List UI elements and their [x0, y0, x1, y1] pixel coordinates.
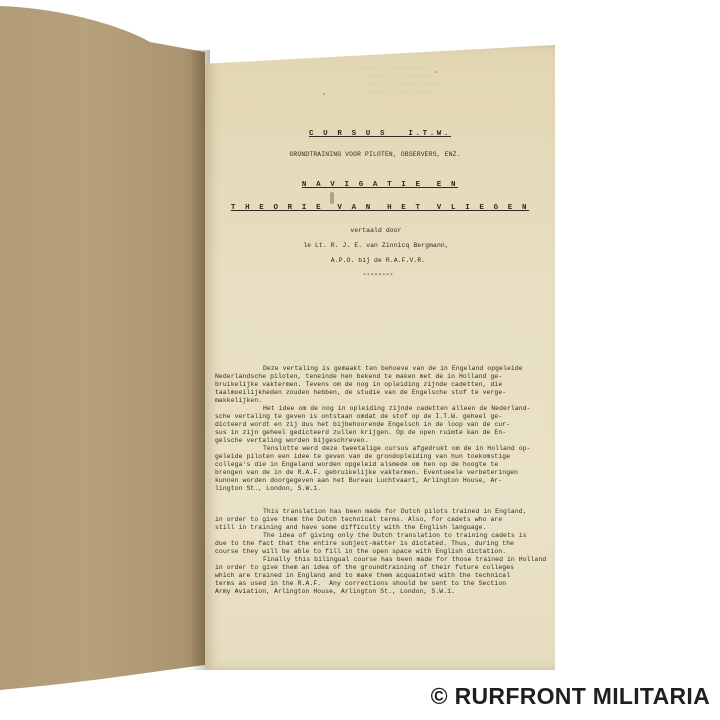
course-subtitle: GRONDTRAINING VOOR PILOTEN, OBSERVERS, E… [195, 151, 555, 159]
text-line: Tenslotte werd deze tweetalige cursus af… [215, 445, 550, 453]
section-title-line-2: T H E O R I E V A N H E T V L I E G E N [205, 204, 555, 212]
text-line: which are trained in England and to make… [215, 572, 550, 580]
document-page: ──────── ────────── ────── ─── ─────────… [205, 45, 555, 670]
text-line: kunnen worden doorgegeven aan het Bureau… [215, 477, 550, 485]
copyright-watermark: © RURFRONT MILITARIA [431, 683, 710, 710]
separator-line: -------- [201, 271, 555, 279]
translator-rank: A.P.O. bij de R.A.F.V.R. [201, 257, 555, 265]
text-line: geleide piloten een idee te geven van de… [215, 453, 550, 461]
text-line: The idea of giving only the Dutch transl… [215, 532, 550, 540]
text-line: collega's die in Engeland worden opgelei… [215, 461, 550, 469]
ink-stain [330, 192, 334, 204]
text-line: brengen van de in de R.A.F. gebruikelijk… [215, 469, 550, 477]
text-line: makkelijken. [215, 397, 550, 405]
bleed-through-text: ──────── ────────── ────── ─── ─────────… [355, 65, 441, 95]
text-line: in order to give them an idea of the gro… [215, 564, 550, 572]
text-line: sus in zijn geheel gedicteerd zullen kri… [215, 429, 550, 437]
translator-name: le Lt. R. J. E. van Zinnicq Bergmann, [197, 242, 555, 250]
text-line: Het idee om de nog in opleiding zijnde c… [215, 405, 550, 413]
text-line: bruikelijke vaktermen. Tevens om de nog … [215, 381, 550, 389]
section-title-line-1: N A V I G A T I E E N [205, 181, 555, 189]
text-line: due to the fact that the entire subject-… [215, 540, 550, 548]
text-line: terms as used in the R.A.F. Any correcti… [215, 580, 550, 588]
translated-by-label: vertaald door [197, 227, 555, 235]
course-title: C U R S U S I.T.W. [205, 130, 555, 138]
dutch-introduction: Deze vertaling is gemaakt ten behoeve va… [215, 365, 550, 493]
text-line: gelsche vertaling worden bijgeschreven. [215, 437, 550, 445]
text-line: dicteerd wordt en zij dus het bijbehoore… [215, 421, 550, 429]
text-line: Finally this bilingual course has been m… [215, 556, 550, 564]
text-line: This translation has been made for Dutch… [215, 508, 550, 516]
text-line: sche vertaling te geven is ontstaan omda… [215, 413, 550, 421]
paper-speck [435, 71, 437, 73]
text-line: in order to give them the Dutch technica… [215, 516, 550, 524]
text-line: Army Aviation, Arlington House, Arlingto… [215, 588, 550, 596]
booklet-cover [0, 0, 215, 690]
paper-speck [323, 93, 325, 95]
text-line: Deze vertaling is gemaakt ten behoeve va… [215, 365, 550, 373]
text-line: taalmoeilijkheden zouden hebben, de stud… [215, 389, 550, 397]
text-line: still in training and have some difficul… [215, 524, 550, 532]
english-introduction: This translation has been made for Dutch… [215, 508, 550, 596]
text-line: Nederlandsche piloten, teneinde hen beke… [215, 373, 550, 381]
text-line: lington St., London, S.W.1. [215, 485, 550, 493]
text-line: course they will be able to fill in the … [215, 548, 550, 556]
